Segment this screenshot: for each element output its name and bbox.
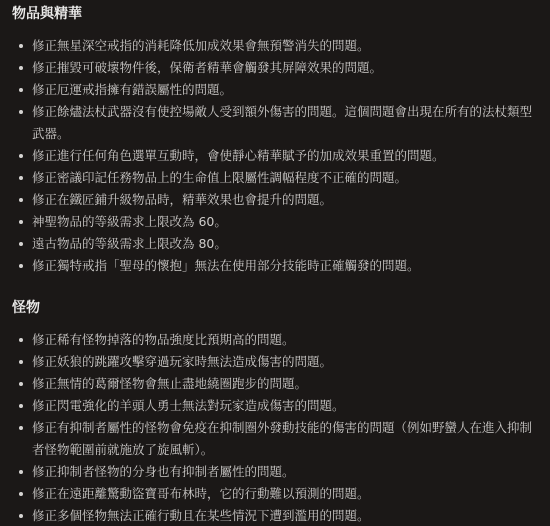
bullet-icon <box>19 44 23 48</box>
list-item-text: 修正無情的葛爾怪物會無止盡地繞圈跑步的問題。 <box>32 376 307 391</box>
bullet-icon <box>19 514 23 518</box>
section-monsters: 怪物 修正稀有怪物掉落的物品強度比預期高的問題。 修正妖狼的跳躍攻擊穿過玩家時無… <box>12 297 550 526</box>
list-item-text: 遠古物品的等級需求上限改為 80。 <box>32 236 227 251</box>
list-item: 修正閃電強化的羊頭人勇士無法對玩家造成傷害的問題。 <box>12 395 532 417</box>
list-item: 修正在遠距離驚動盜寶哥布林時，它的行動難以預測的問題。 <box>12 483 532 505</box>
list-item-text: 修正多個怪物無法正確行動且在某些情況下遭到濫用的問題。 <box>32 508 370 523</box>
bullet-icon <box>19 220 23 224</box>
list-item-text: 修正無星深空戒指的消耗降低加成效果會無預警消失的問題。 <box>32 38 370 53</box>
bullet-icon <box>19 470 23 474</box>
list-item: 修正妖狼的跳躍攻擊穿過玩家時無法造成傷害的問題。 <box>12 351 532 373</box>
bullet-icon <box>19 176 23 180</box>
list-item: 修正在鐵匠鋪升級物品時，精華效果也會提升的問題。 <box>12 189 532 211</box>
list-item-text: 修正密議印記任務物品上的生命值上限屬性調幅程度不正確的問題。 <box>32 170 407 185</box>
section-items-and-aspects: 物品與精華 修正無星深空戒指的消耗降低加成效果會無預警消失的問題。 修正摧毀可破… <box>12 3 550 277</box>
bullet-icon <box>19 242 23 246</box>
list-item-text: 神聖物品的等級需求上限改為 60。 <box>32 214 227 229</box>
bullet-list: 修正稀有怪物掉落的物品強度比預期高的問題。 修正妖狼的跳躍攻擊穿過玩家時無法造成… <box>12 329 550 526</box>
list-item: 修正進行任何角色選單互動時，會使靜心精華賦予的加成效果重置的問題。 <box>12 145 532 167</box>
list-item: 遠古物品的等級需求上限改為 80。 <box>12 233 532 255</box>
list-item-text: 修正在遠距離驚動盜寶哥布林時，它的行動難以預測的問題。 <box>32 486 370 501</box>
bullet-icon <box>19 382 23 386</box>
list-item: 修正有抑制者屬性的怪物會免疫在抑制圈外發動技能的傷害的問題（例如野蠻人在進入抑制… <box>12 417 532 461</box>
list-item: 修正獨特戒指「聖母的懷抱」無法在使用部分技能時正確觸發的問題。 <box>12 255 532 277</box>
list-item-text: 修正餘燼法杖武器沒有使控場敵人受到額外傷害的問題。這個問題會出現在所有的法杖類型… <box>32 104 532 141</box>
list-item: 修正厄運戒指擁有錯誤屬性的問題。 <box>12 79 532 101</box>
list-item-text: 修正閃電強化的羊頭人勇士無法對玩家造成傷害的問題。 <box>32 398 345 413</box>
list-item-text: 修正有抑制者屬性的怪物會免疫在抑制圈外發動技能的傷害的問題（例如野蠻人在進入抑制… <box>32 420 532 457</box>
bullet-icon <box>19 198 23 202</box>
list-item: 修正稀有怪物掉落的物品強度比預期高的問題。 <box>12 329 532 351</box>
bullet-icon <box>19 154 23 158</box>
list-item: 神聖物品的等級需求上限改為 60。 <box>12 211 532 233</box>
list-item: 修正無星深空戒指的消耗降低加成效果會無預警消失的問題。 <box>12 35 532 57</box>
bullet-list: 修正無星深空戒指的消耗降低加成效果會無預警消失的問題。 修正摧毀可破壞物件後，保… <box>12 35 550 277</box>
bullet-icon <box>19 338 23 342</box>
list-item-text: 修正在鐵匠鋪升級物品時，精華效果也會提升的問題。 <box>32 192 332 207</box>
list-item: 修正抑制者怪物的分身也有抑制者屬性的問題。 <box>12 461 532 483</box>
list-item-text: 修正獨特戒指「聖母的懷抱」無法在使用部分技能時正確觸發的問題。 <box>32 258 420 273</box>
list-item-text: 修正妖狼的跳躍攻擊穿過玩家時無法造成傷害的問題。 <box>32 354 332 369</box>
list-item-text: 修正摧毀可破壞物件後，保衛者精華會觸發其屏障效果的問題。 <box>32 60 382 75</box>
list-item-text: 修正厄運戒指擁有錯誤屬性的問題。 <box>32 82 232 97</box>
bullet-icon <box>19 66 23 70</box>
list-item-text: 修正稀有怪物掉落的物品強度比預期高的問題。 <box>32 332 295 347</box>
list-item: 修正密議印記任務物品上的生命值上限屬性調幅程度不正確的問題。 <box>12 167 532 189</box>
list-item-text: 修正抑制者怪物的分身也有抑制者屬性的問題。 <box>32 464 295 479</box>
list-item-text: 修正進行任何角色選單互動時，會使靜心精華賦予的加成效果重置的問題。 <box>32 148 445 163</box>
patch-notes-document: 物品與精華 修正無星深空戒指的消耗降低加成效果會無預警消失的問題。 修正摧毀可破… <box>0 0 550 526</box>
bullet-icon <box>19 264 23 268</box>
list-item: 修正餘燼法杖武器沒有使控場敵人受到額外傷害的問題。這個問題會出現在所有的法杖類型… <box>12 101 532 145</box>
bullet-icon <box>19 110 23 114</box>
section-heading: 怪物 <box>12 297 550 319</box>
list-item: 修正無情的葛爾怪物會無止盡地繞圈跑步的問題。 <box>12 373 532 395</box>
section-heading: 物品與精華 <box>12 3 550 25</box>
bullet-icon <box>19 88 23 92</box>
list-item: 修正摧毀可破壞物件後，保衛者精華會觸發其屏障效果的問題。 <box>12 57 532 79</box>
bullet-icon <box>19 426 23 430</box>
bullet-icon <box>19 404 23 408</box>
list-item: 修正多個怪物無法正確行動且在某些情況下遭到濫用的問題。 <box>12 505 532 526</box>
bullet-icon <box>19 360 23 364</box>
bullet-icon <box>19 492 23 496</box>
